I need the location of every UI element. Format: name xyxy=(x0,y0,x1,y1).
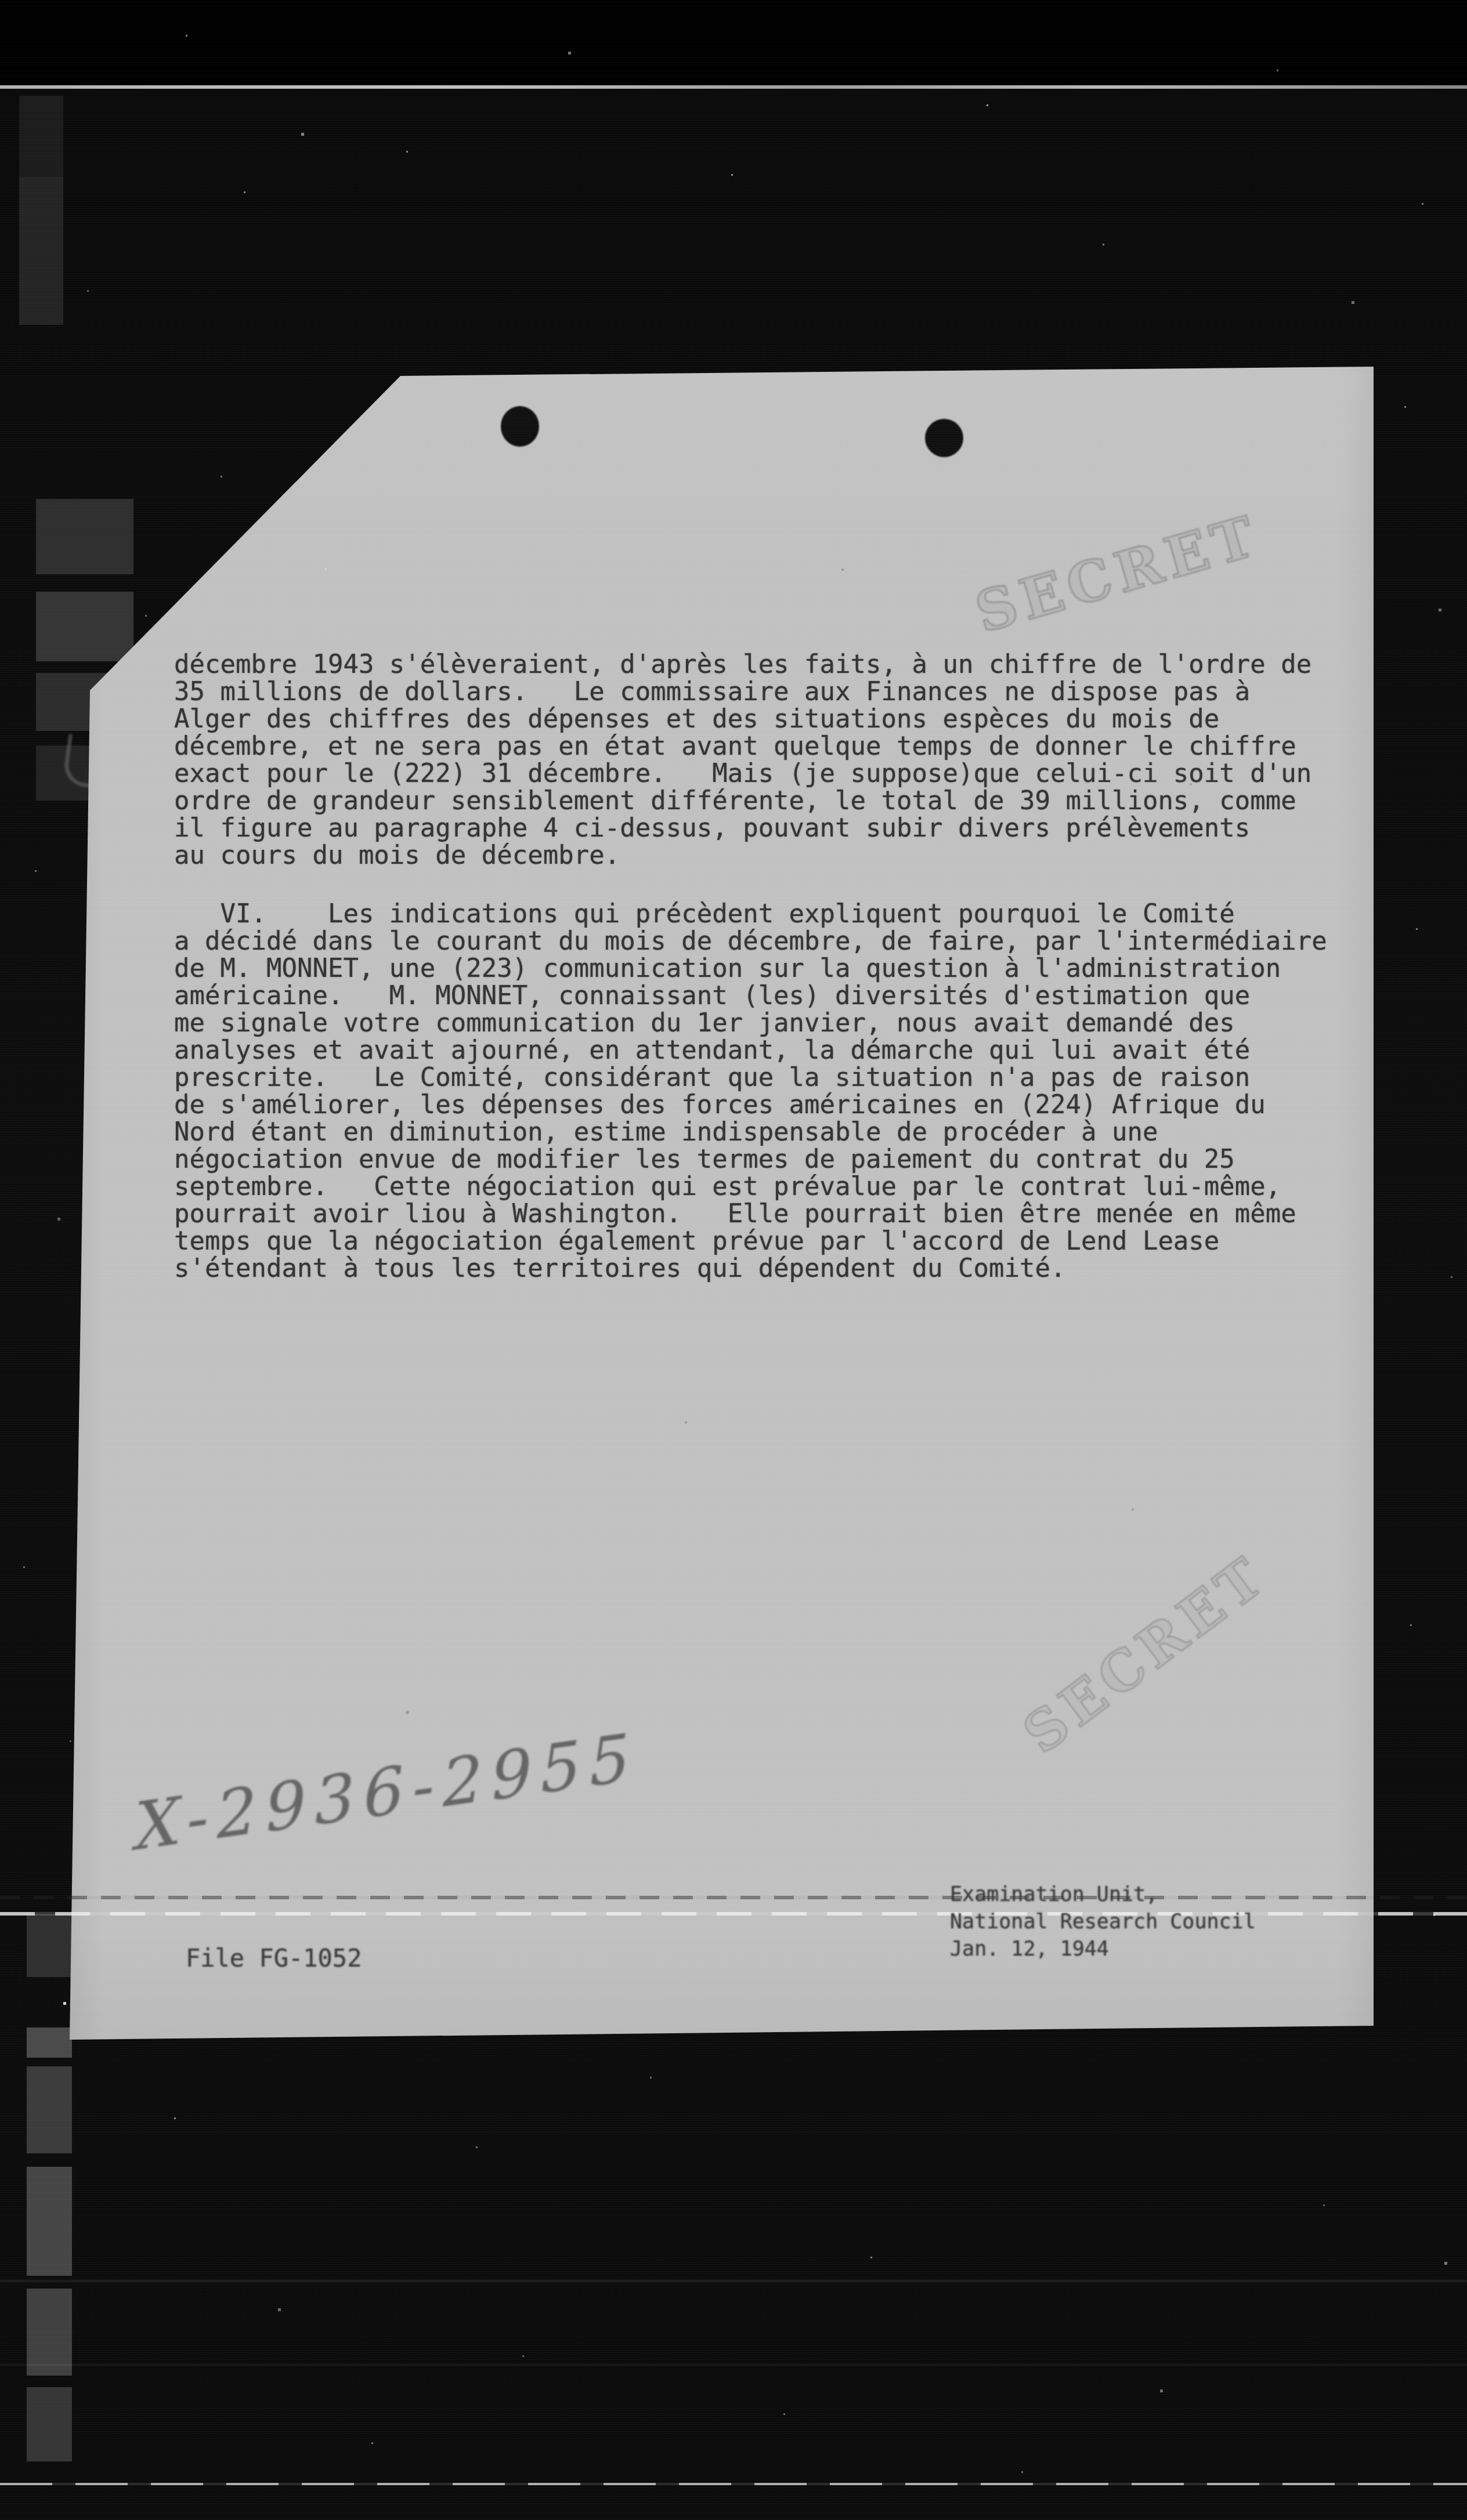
body-text-line: de s'améliorer, les dépenses des forces … xyxy=(174,1091,1266,1118)
body-text-line: ordre de grandeur sensiblement différent… xyxy=(174,787,1296,814)
footer-date-line: Jan. 12, 1944 xyxy=(950,1936,1109,1963)
punch-dot-left xyxy=(501,406,539,447)
footer-council-line: National Research Council xyxy=(950,1909,1256,1936)
body-text-line: me signale votre communication du 1er ja… xyxy=(174,1009,1235,1037)
punch-dot-right xyxy=(925,419,963,457)
footer-unit-line: Examination Unit, xyxy=(950,1881,1158,1909)
film-edge-mark xyxy=(27,2167,72,2276)
body-text-line: décembre, et ne sera pas en état avant q… xyxy=(174,733,1296,760)
body-text-line: prescrite. Le Comité, considérant que la… xyxy=(174,1064,1250,1091)
body-text-line: il figure au paragraphe 4 ci-dessus, pou… xyxy=(174,814,1250,842)
film-top-bar xyxy=(0,0,1467,85)
film-edge-mark xyxy=(27,2387,72,2461)
film-frame-line-bottom xyxy=(0,2483,1467,2485)
body-text-line: au cours du mois de décembre. xyxy=(174,842,620,869)
body-text-line: temps que la négociation également prévu… xyxy=(174,1228,1219,1255)
body-text-line: Nord étant en diminution, estime indispe… xyxy=(174,1118,1158,1146)
body-text-line: décembre 1943 s'élèveraient, d'après les… xyxy=(174,651,1311,678)
film-edge-mark xyxy=(19,96,63,177)
body-text-line: de M. MONNET, une (223) communication su… xyxy=(174,955,1281,982)
body-text-line: septembre. Cette négociation qui est pré… xyxy=(174,1173,1281,1200)
film-edge-mark xyxy=(27,2289,72,2376)
paper-dust-specks xyxy=(0,0,2,2)
film-edge-mark xyxy=(19,177,63,325)
body-text-line: pourrait avoir liou à Washington. Elle p… xyxy=(174,1200,1296,1228)
film-edge-mark xyxy=(27,2066,72,2153)
body-text-line: exact pour le (222) 31 décembre. Mais (j… xyxy=(174,760,1311,787)
film-edge-mark xyxy=(36,592,133,661)
film-scratch-dark xyxy=(0,1896,1467,1899)
body-text-line: a décidé dans le courant du mois de déce… xyxy=(174,928,1327,955)
body-text-line: américaine. M. MONNET, connaissant (les)… xyxy=(174,982,1250,1009)
film-edge-mark xyxy=(36,499,133,574)
film-scratch-line xyxy=(0,2280,1467,2282)
film-edge-mark xyxy=(27,1914,72,1977)
body-text-line: analyses et avait ajourné, en attendant,… xyxy=(174,1037,1250,1064)
body-text-line: négociation envue de modifier les termes… xyxy=(174,1146,1235,1173)
file-number: File FG-1052 xyxy=(186,1945,362,1972)
body-text-line: VI. Les indications qui précèdent expliq… xyxy=(174,900,1235,928)
body-text-line: Alger des chiffres des dépenses et des s… xyxy=(174,705,1219,733)
microfilm-scan: SECRET SECRET décembre 1943 s'élèveraien… xyxy=(0,0,1467,2520)
body-text-line: 35 millions de dollars. Le commissaire a… xyxy=(174,678,1250,705)
film-scratch-line xyxy=(0,2364,1467,2366)
film-edge-mark xyxy=(27,2027,72,2058)
body-text-line: s'étendant à tous les territoires qui dé… xyxy=(174,1255,1065,1282)
